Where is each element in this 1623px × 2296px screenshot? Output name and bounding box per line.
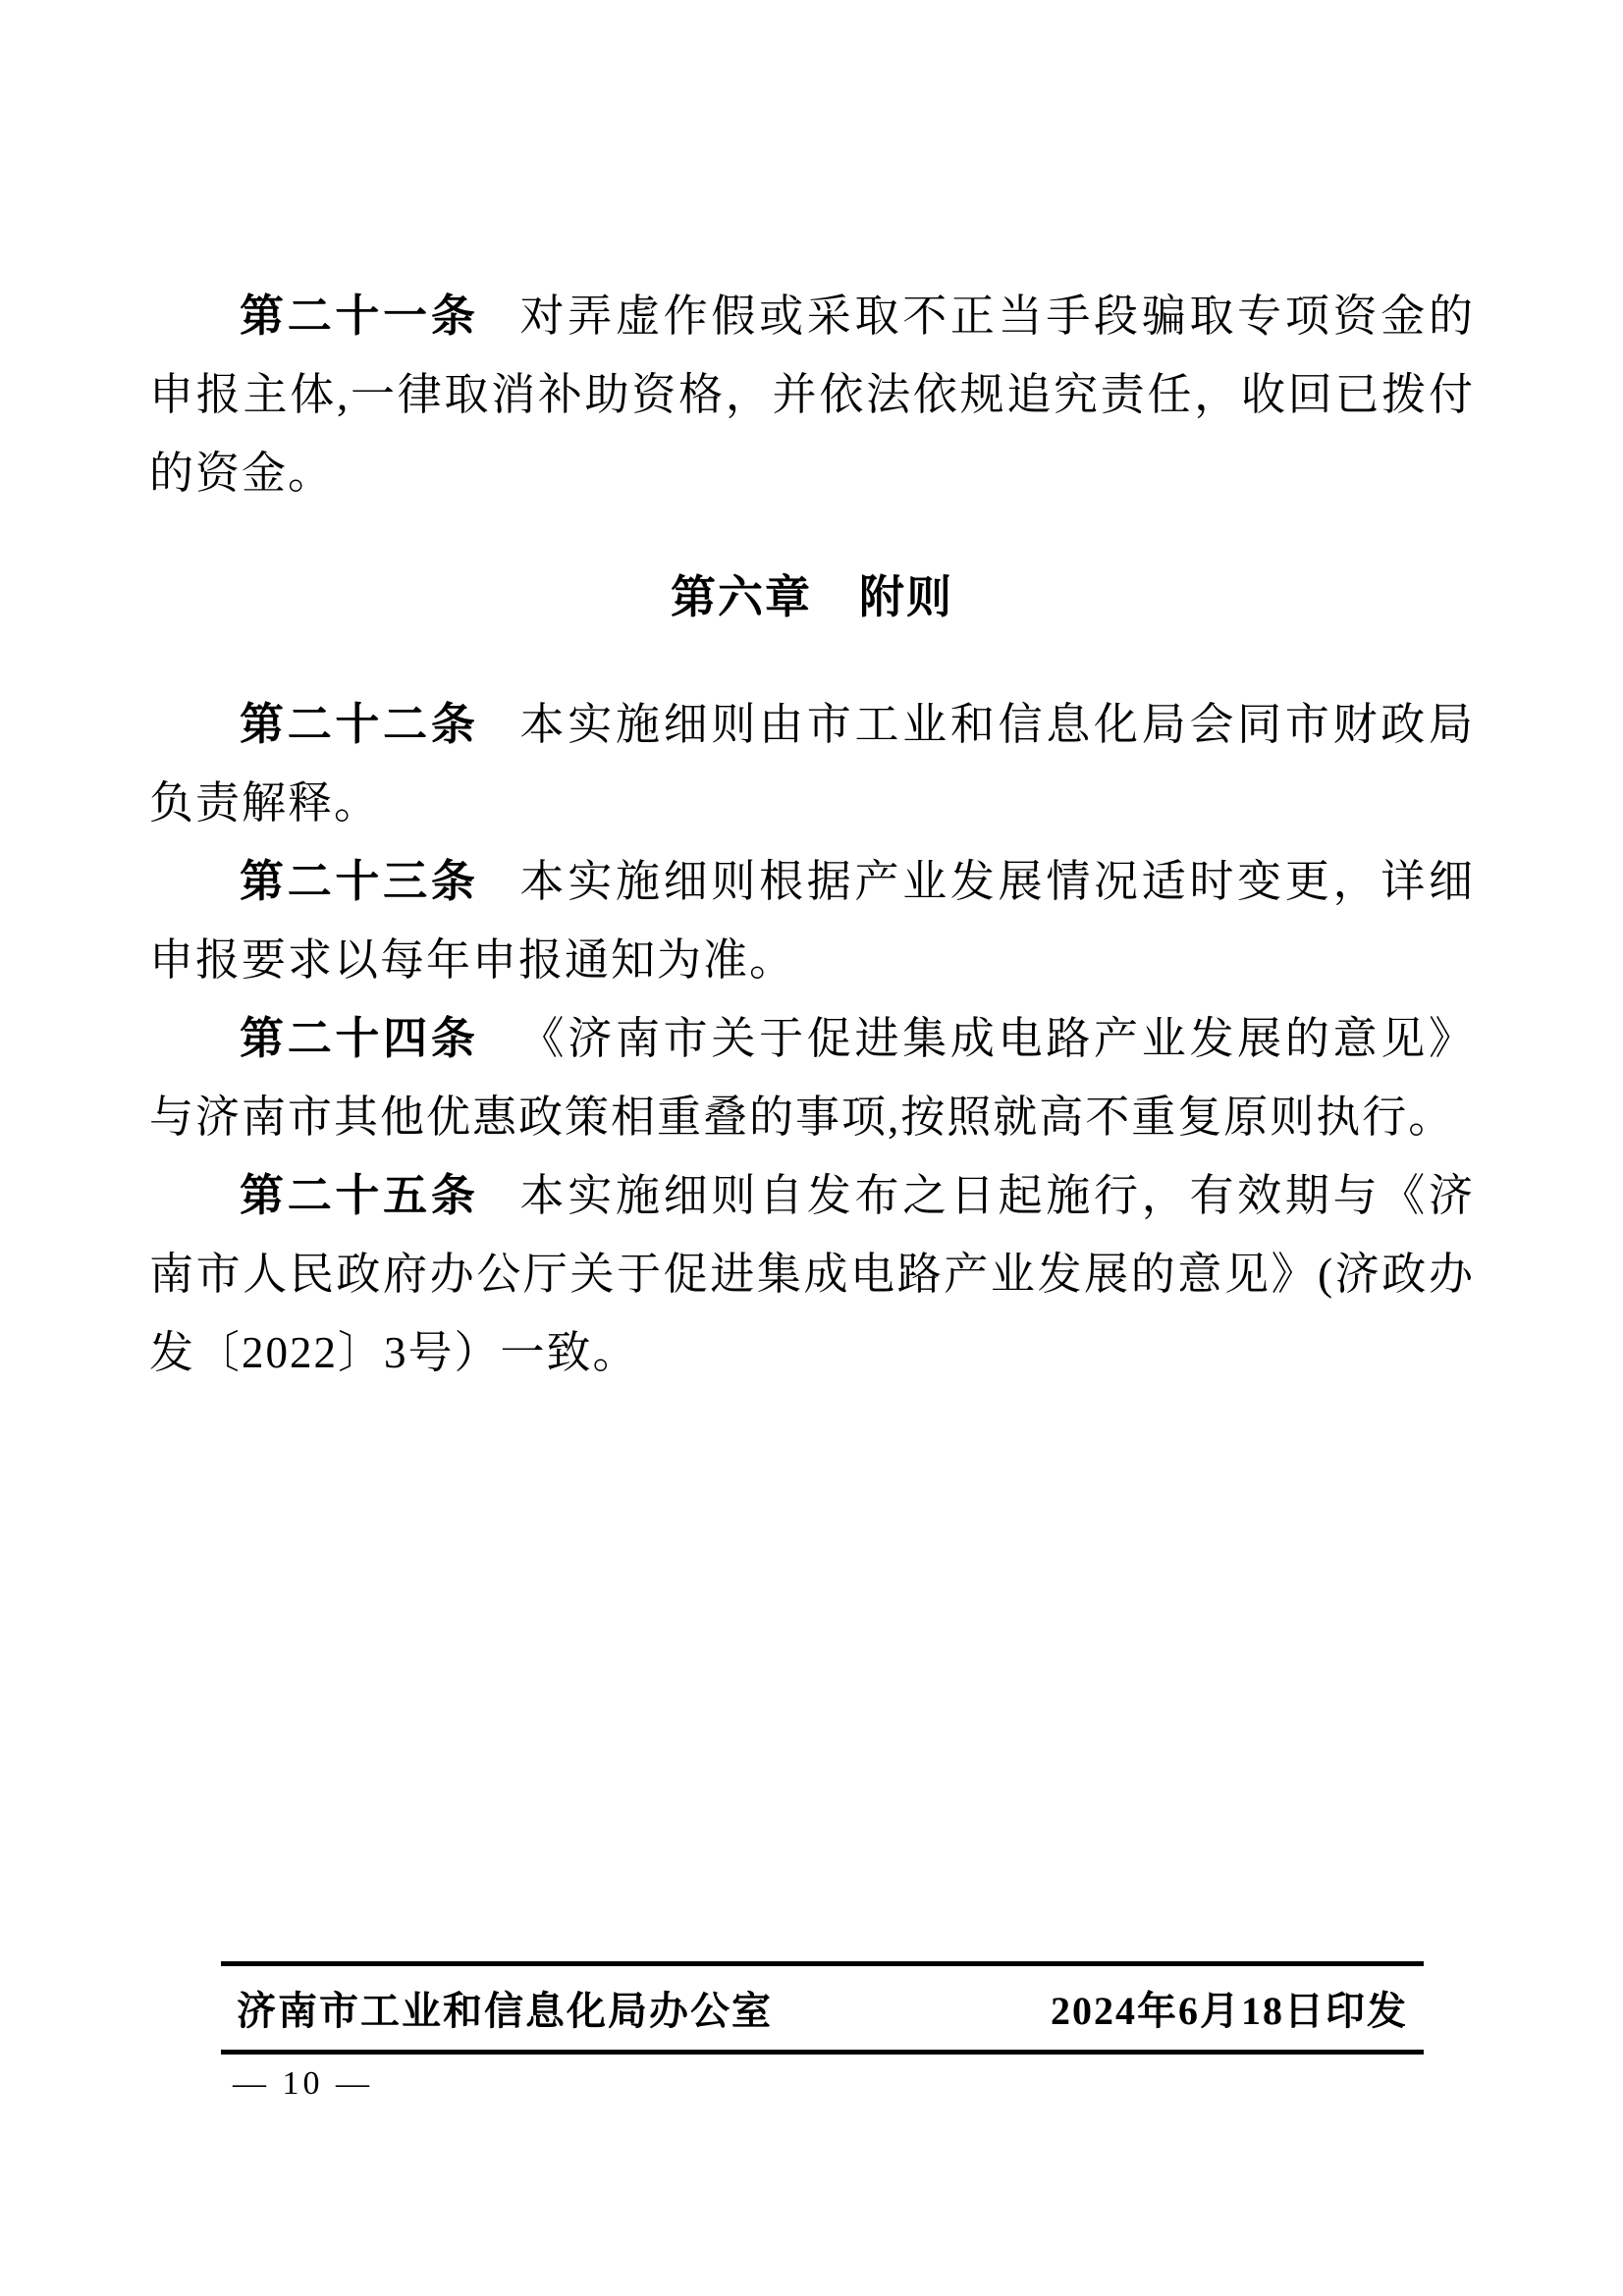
footer: 济南市工业和信息化局办公室 2024年6月18日印发: [221, 1961, 1424, 2055]
article-23-label: 第二十三条: [240, 856, 479, 906]
document-body: 第二十一条对弄虚作假或采取不正当手段骗取专项资金的申报主体,一律取消补助资格，并…: [149, 277, 1475, 1392]
footer-bottom-rule: [221, 2050, 1424, 2055]
article-22-label: 第二十二条: [240, 699, 479, 749]
footer-issuer: 济南市工业和信息化局办公室: [237, 1980, 773, 2036]
article-22: 第二十二条本实施细则由市工业和信息化局会同市财政局负责解释。: [149, 685, 1475, 842]
chapter-heading: 第六章 附则: [149, 558, 1475, 636]
article-24-label: 第二十四条: [240, 1013, 479, 1063]
footer-row: 济南市工业和信息化局办公室 2024年6月18日印发: [221, 1966, 1424, 2050]
footer-print-date: 2024年6月18日印发: [1051, 1980, 1408, 2036]
article-21-label: 第二十一条: [240, 291, 479, 341]
article-21: 第二十一条对弄虚作假或采取不正当手段骗取专项资金的申报主体,一律取消补助资格，并…: [149, 277, 1475, 512]
document-page: 第二十一条对弄虚作假或采取不正当手段骗取专项资金的申报主体,一律取消补助资格，并…: [0, 0, 1623, 2296]
page-number: — 10 —: [233, 2065, 373, 2103]
article-24: 第二十四条《济南市关于促进集成电路产业发展的意见》与济南市其他优惠政策相重叠的事…: [149, 999, 1475, 1156]
article-25-label: 第二十五条: [240, 1170, 479, 1220]
article-25: 第二十五条本实施细则自发布之日起施行，有效期与《济南市人民政府办公厅关于促进集成…: [149, 1156, 1475, 1392]
article-23: 第二十三条本实施细则根据产业发展情况适时变更，详细申报要求以每年申报通知为准。: [149, 842, 1475, 999]
